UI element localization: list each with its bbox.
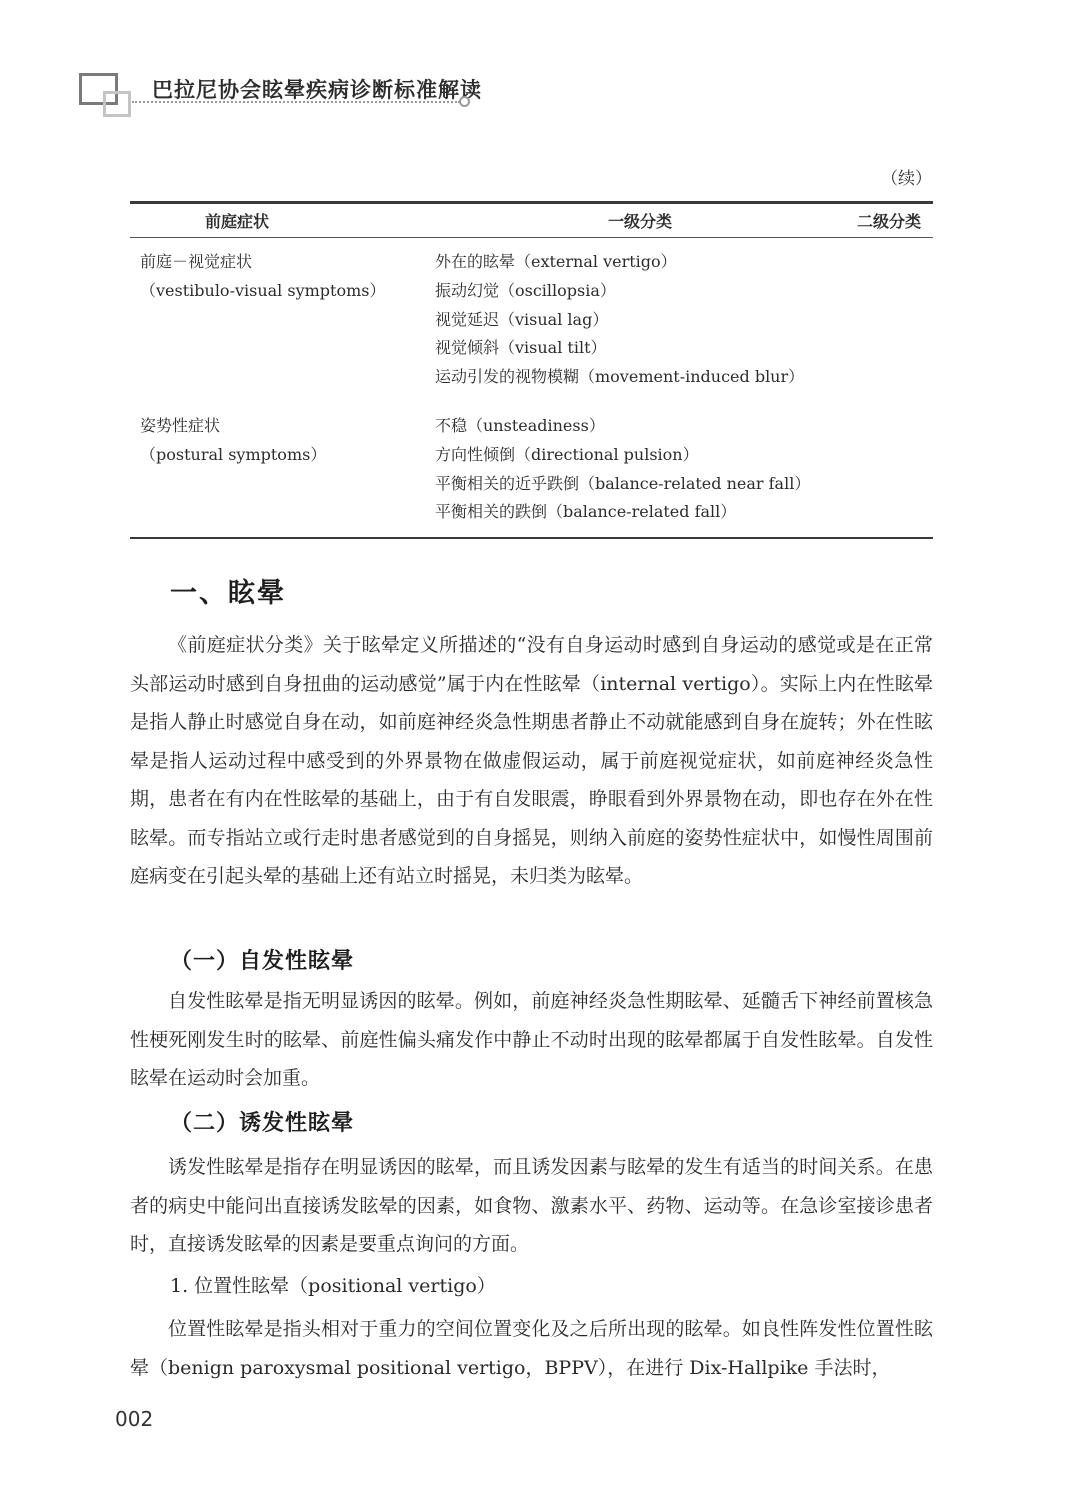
table-row: 前庭－视觉症状 （vestibulo-visual symptoms） 外在的眩… xyxy=(130,238,933,402)
primary-item: 运动引发的视物模糊（movement-induced blur） xyxy=(435,363,845,392)
item-paragraph-positional: 位置性眩晕是指头相对于重力的空间位置变化及之后所出现的眩晕。如良性阵发性位置性眩… xyxy=(130,1310,933,1387)
item-heading-positional: 1. 位置性眩晕（positional vertigo） xyxy=(170,1271,496,1298)
light-square-icon xyxy=(103,91,131,117)
primary-item: 视觉延迟（visual lag） xyxy=(435,306,845,335)
section-heading-vertigo: 一、眩晕 xyxy=(170,571,286,610)
table-header-row: 前庭症状 一级分类 二级分类 xyxy=(130,203,933,238)
vestibular-symptoms-table: 前庭症状 一级分类 二级分类 前庭－视觉症状 （vestibulo-visual… xyxy=(130,201,933,539)
symptom-en: （vestibulo-visual symptoms） xyxy=(140,277,435,306)
running-title: 巴拉尼协会眩晕疾病诊断标准解读 xyxy=(152,74,482,104)
primary-cell: 不稳（unsteadiness） 方向性倾倒（directional pulsi… xyxy=(435,402,845,538)
symptom-cell: 姿势性症状 （postural symptoms） xyxy=(130,402,435,538)
primary-item: 视觉倾斜（visual tilt） xyxy=(435,334,845,363)
secondary-cell xyxy=(845,402,933,538)
table-continued-label: （续） xyxy=(881,164,932,189)
subsection-heading-triggered: （二）诱发性眩晕 xyxy=(170,1106,354,1137)
symptom-cn: 姿势性症状 xyxy=(140,412,435,441)
primary-cell: 外在的眩晕（external vertigo） 振动幻觉（oscillopsia… xyxy=(435,238,845,402)
header-decoration-icon xyxy=(79,73,131,115)
symptom-en: （postural symptoms） xyxy=(140,441,435,470)
header-circle-icon xyxy=(459,96,470,107)
primary-item: 方向性倾倒（directional pulsion） xyxy=(435,441,845,470)
subsection-heading-spontaneous: （一）自发性眩晕 xyxy=(170,944,354,975)
primary-item: 振动幻觉（oscillopsia） xyxy=(435,277,845,306)
header-dotted-rule xyxy=(132,101,460,103)
subsection-paragraph-spontaneous: 自发性眩晕是指无明显诱因的眩晕。例如，前庭神经炎急性期眩晕、延髓舌下神经前置核急… xyxy=(130,982,933,1098)
column-header-primary: 一级分类 xyxy=(435,203,845,238)
primary-item: 平衡相关的近乎跌倒（balance-related near fall） xyxy=(435,470,845,499)
symptom-cell: 前庭－视觉症状 （vestibulo-visual symptoms） xyxy=(130,238,435,402)
primary-item: 平衡相关的跌倒（balance-related fall） xyxy=(435,498,845,527)
symptom-cn: 前庭－视觉症状 xyxy=(140,248,435,277)
section-paragraph-vertigo: 《前庭症状分类》关于眩晕定义所描述的“没有自身运动时感到自身运动的感觉或是在正常… xyxy=(130,626,933,896)
page-number: 002 xyxy=(115,1407,153,1431)
subsection-paragraph-triggered: 诱发性眩晕是指存在明显诱因的眩晕，而且诱发因素与眩晕的发生有适当的时间关系。在患… xyxy=(130,1148,933,1264)
primary-item: 不稳（unsteadiness） xyxy=(435,412,845,441)
table-row: 姿势性症状 （postural symptoms） 不稳（unsteadines… xyxy=(130,402,933,538)
column-header-symptom: 前庭症状 xyxy=(130,203,435,238)
column-header-secondary: 二级分类 xyxy=(845,203,933,238)
primary-item: 外在的眩晕（external vertigo） xyxy=(435,248,845,277)
secondary-cell xyxy=(845,238,933,402)
